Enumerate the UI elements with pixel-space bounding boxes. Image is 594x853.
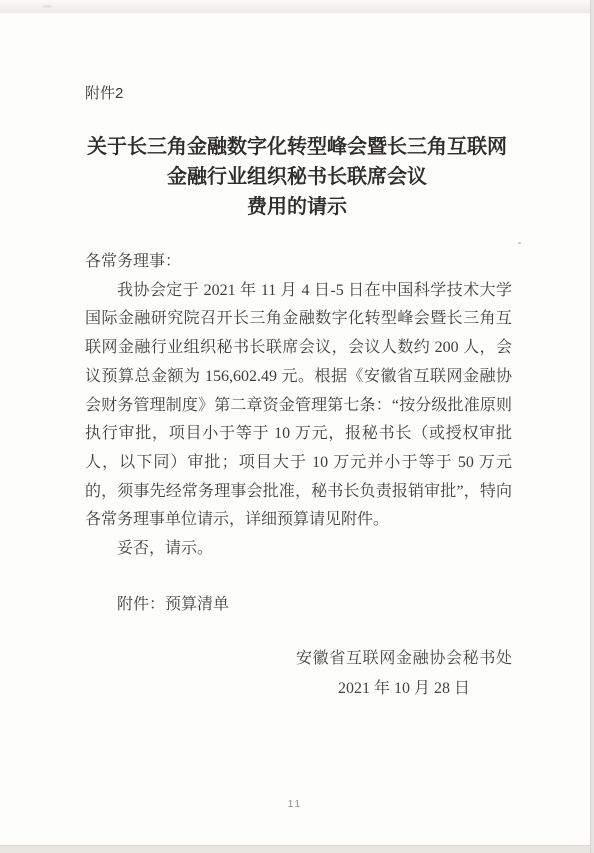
body-line-8: 的，须事先经常务理事会批准，秘书长负责报销审批”，特向 [85, 478, 512, 507]
signature-block: 安徽省互联网金融协会秘书处 2021 年 10 月 28 日 [296, 644, 512, 704]
body-line-1: 我协会定于 2021 年 11 月 4 日-5 日在中国科学技术大学 [85, 277, 512, 306]
closing-line: 妥否，请示。 [85, 535, 512, 564]
signature-date: 2021 年 10 月 28 日 [296, 674, 512, 704]
title-line-2: 金融行业组织秘书长联席会议 [50, 162, 544, 192]
attachment-label: 附件2 [85, 83, 123, 105]
body-line-5: 会财务管理制度》第二章资金管理第七条：“按分级批准原则 [85, 392, 512, 421]
body-line-6: 执行审批，项目小于等于 10 万元，报秘书长（或授权审批 [85, 420, 512, 449]
title-line-3: 费用的请示 [50, 192, 544, 222]
body-paragraph: 各常务理事： 我协会定于 2021 年 11 月 4 日-5 日在中国科学技术大… [85, 248, 512, 564]
scanned-document: 附件2 关于长三角金融数字化转型峰会暨长三角互联网 金融行业组织秘书长联席会议 … [0, 0, 594, 853]
scan-edge-right [590, 0, 594, 853]
body-line-2: 国际金融研究院召开长三角金融数字化转型峰会暨长三角互 [85, 305, 512, 334]
page-number: 11 [0, 798, 590, 812]
signature-org: 安徽省互联网金融协会秘书处 [296, 644, 512, 674]
salutation: 各常务理事： [85, 248, 512, 277]
body-line-7: 人，以下同）审批；项目大于 10 万元并小于等于 50 万元 [85, 449, 512, 478]
scan-edge-top [0, 0, 594, 14]
body-line-3: 联网金融行业组织秘书长联席会议，会议人数约 200 人，会 [85, 334, 512, 363]
attachment-note: 附件：预算清单 [85, 590, 512, 619]
body-line-4: 议预算总金额为 156,602.49 元。根据《安徽省互联网金融协 [85, 363, 512, 392]
scan-smudge [42, 5, 52, 8]
body-line-9: 各常务理事单位请示，详细预算请见附件。 [85, 506, 512, 535]
scan-speck [518, 242, 521, 244]
title-line-1: 关于长三角金融数字化转型峰会暨长三角互联网 [50, 132, 544, 162]
document-title: 关于长三角金融数字化转型峰会暨长三角互联网 金融行业组织秘书长联席会议 费用的请… [50, 132, 544, 222]
scan-edge-bottom [0, 845, 594, 853]
paper-page: 附件2 关于长三角金融数字化转型峰会暨长三角互联网 金融行业组织秘书长联席会议 … [0, 13, 590, 845]
